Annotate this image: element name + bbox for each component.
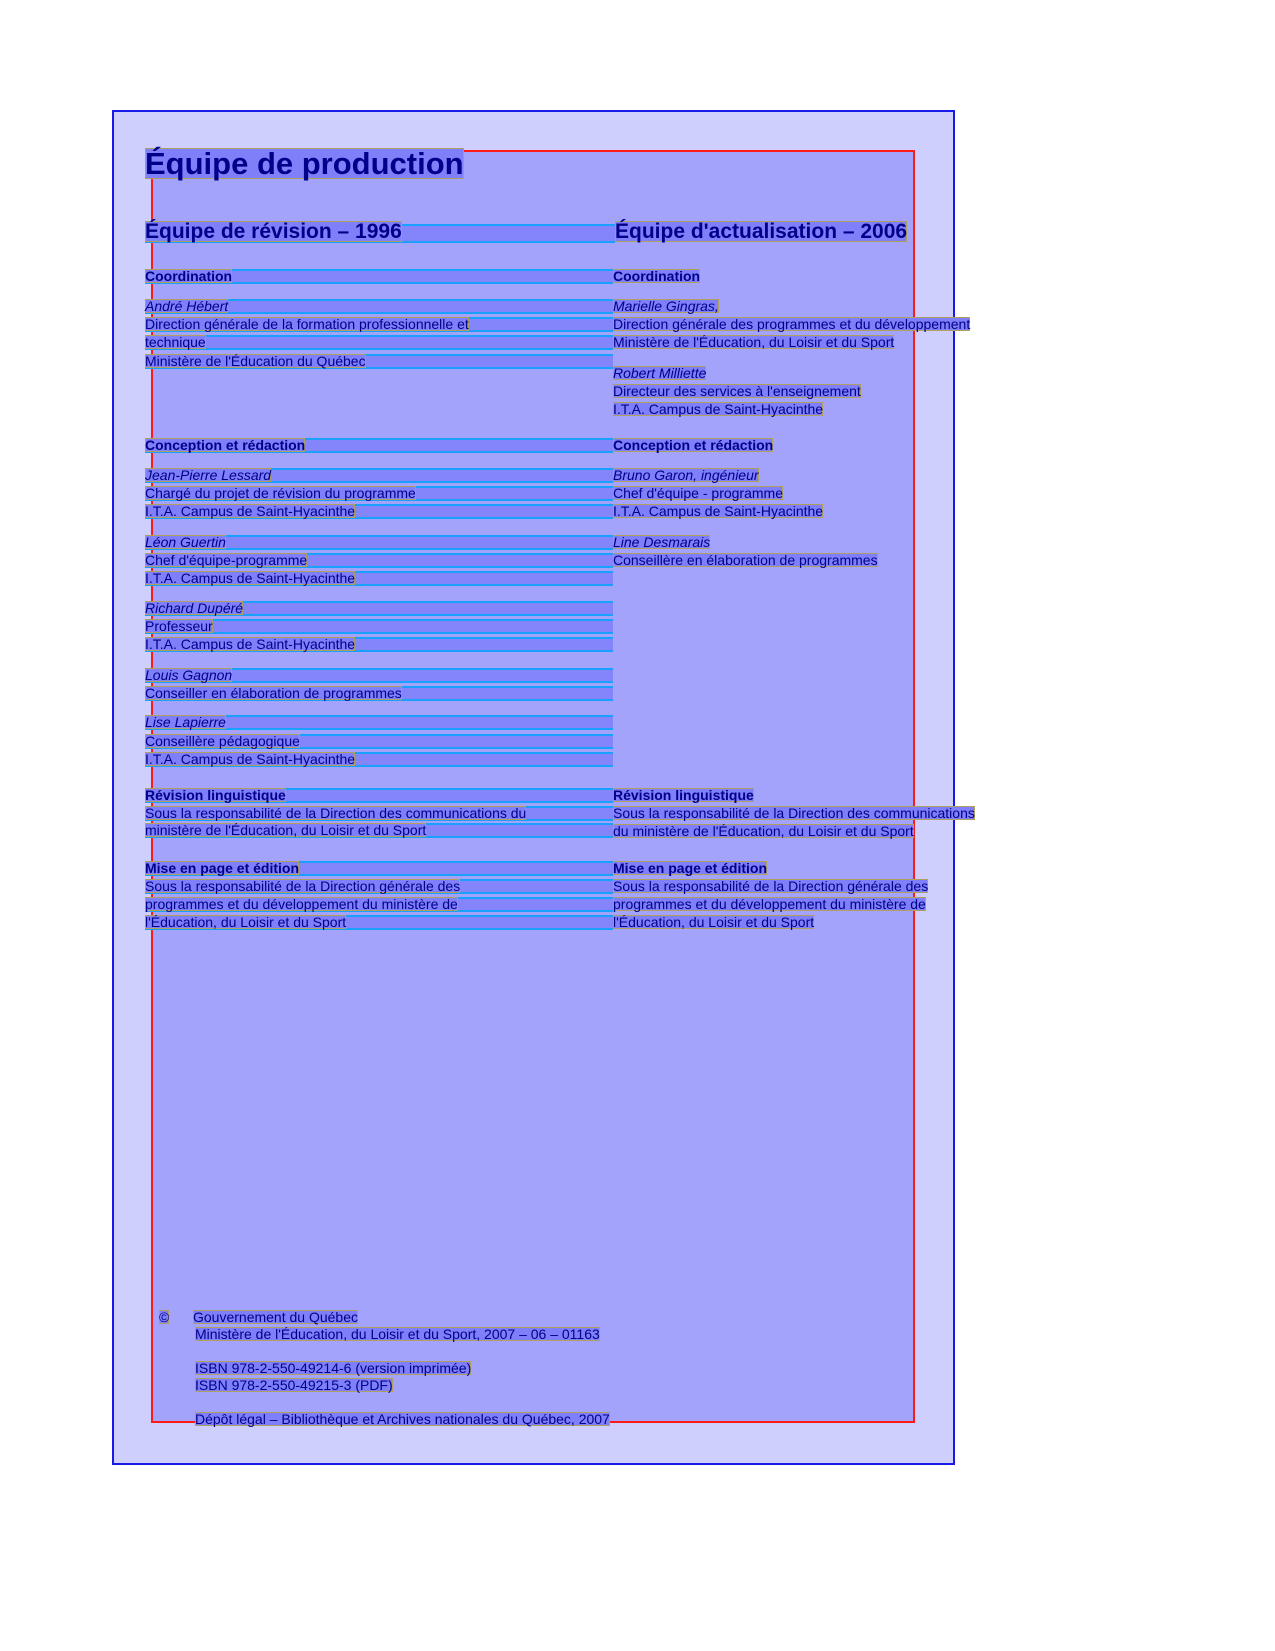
footer-line-1: Gouvernement du Québec xyxy=(193,1310,358,1324)
section-label-coordination: Coordination xyxy=(145,269,232,283)
person-detail: Conseillère en élaboration de programmes xyxy=(613,553,878,567)
person-name: Line Desmarais xyxy=(613,535,710,549)
right-heading: Équipe d'actualisation – 2006 xyxy=(615,221,907,242)
footer-line-2: Ministère de l'Éducation, du Loisir et d… xyxy=(195,1327,600,1341)
section-label-revision: Révision linguistique xyxy=(145,788,286,802)
section-label-mise-en-page: Mise en page et édition xyxy=(145,861,299,875)
section-label-mise-en-page: Mise en page et édition xyxy=(613,861,767,875)
person-name: André Hébert xyxy=(145,299,228,313)
person-name: Louis Gagnon xyxy=(145,668,232,682)
section-text: Sous la responsabilité de la Direction g… xyxy=(145,879,460,893)
section-label-coordination: Coordination xyxy=(613,269,700,283)
line-band xyxy=(145,335,613,350)
section-text: programmes et du développement du minist… xyxy=(613,897,926,911)
person-detail: I.T.A. Campus de Saint-Hyacinthe xyxy=(613,402,823,416)
isbn-pdf: ISBN 978-2-550-49215-3 (PDF) xyxy=(195,1378,393,1392)
person-detail: I.T.A. Campus de Saint-Hyacinthe xyxy=(145,571,355,585)
person-detail: Ministère de l'Éducation du Québec xyxy=(145,354,366,368)
person-detail: Direction générale des programmes et du … xyxy=(613,317,970,331)
section-text: l'Éducation, du Loisir et du Sport xyxy=(145,915,346,929)
person-detail: Professeur xyxy=(145,619,213,633)
section-text: programmes et du développement du minist… xyxy=(145,897,458,911)
person-detail: Directeur des services à l'enseignement xyxy=(613,384,861,398)
person-detail: Conseillère pédagogique xyxy=(145,734,300,748)
person-name: Jean-Pierre Lessard xyxy=(145,468,271,482)
section-text: ministère de l'Éducation, du Loisir et d… xyxy=(145,823,426,837)
person-name: Robert Milliette xyxy=(613,366,706,380)
section-text: Sous la responsabilité de la Direction d… xyxy=(145,806,526,820)
left-heading: Équipe de révision – 1996 xyxy=(145,221,402,242)
section-text: l'Éducation, du Loisir et du Sport xyxy=(613,915,814,929)
isbn-print: ISBN 978-2-550-49214-6 (version imprimée… xyxy=(195,1361,471,1375)
section-label-conception: Conception et rédaction xyxy=(145,438,305,452)
section-text: Sous la responsabilité de la Direction g… xyxy=(613,879,928,893)
person-detail: I.T.A. Campus de Saint-Hyacinthe xyxy=(145,752,355,766)
person-detail: Chef d'équipe-programme xyxy=(145,553,307,567)
section-label-revision: Révision linguistique xyxy=(613,788,754,802)
person-detail: I.T.A. Campus de Saint-Hyacinthe xyxy=(613,504,823,518)
person-name: Léon Guertin xyxy=(145,535,226,549)
person-detail: I.T.A. Campus de Saint-Hyacinthe xyxy=(145,637,355,651)
page-title: Équipe de production xyxy=(145,148,464,179)
person-name: Richard Dupéré xyxy=(145,601,243,615)
line-band xyxy=(145,619,613,634)
person-detail: technique xyxy=(145,335,206,349)
person-detail: Chargé du projet de révision du programm… xyxy=(145,486,416,500)
person-detail: Conseiller en élaboration de programmes xyxy=(145,686,402,700)
section-label-conception: Conception et rédaction xyxy=(613,438,773,452)
person-detail: Ministère de l'Éducation, du Loisir et d… xyxy=(613,335,894,349)
person-detail: I.T.A. Campus de Saint-Hyacinthe xyxy=(145,504,355,518)
section-text: du ministère de l'Éducation, du Loisir e… xyxy=(613,824,914,838)
person-detail: Direction générale de la formation profe… xyxy=(145,317,469,331)
section-text: Sous la responsabilité de la Direction d… xyxy=(613,806,975,820)
depot-legal: Dépôt légal – Bibliothèque et Archives n… xyxy=(195,1412,610,1426)
copyright-symbol: © xyxy=(159,1310,169,1324)
person-detail: Chef d'équipe - programme xyxy=(613,486,783,500)
person-name: Lise Lapierre xyxy=(145,715,226,729)
person-name: Bruno Garon, ingénieur xyxy=(613,468,759,482)
person-name: Marielle Gingras, xyxy=(613,299,719,313)
